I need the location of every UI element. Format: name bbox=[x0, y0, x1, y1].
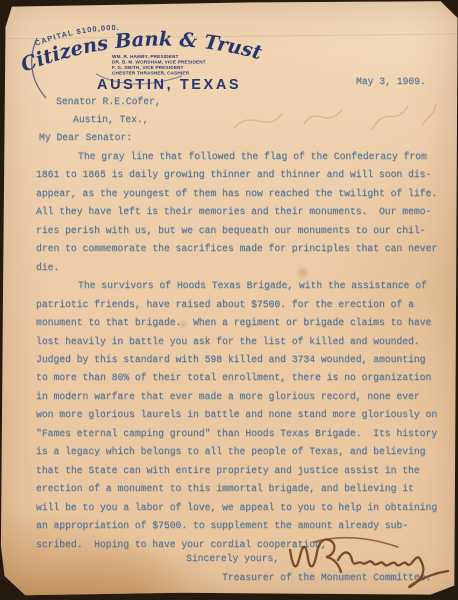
letter-paper: CAPITAL $100,000. Citizens Bank & Trust … bbox=[0, 0, 458, 600]
body-line: All they have left is their memories and… bbox=[36, 203, 442, 221]
body-line: die. bbox=[36, 259, 442, 277]
recipient-name: Senator R.E.Cofer, bbox=[56, 96, 161, 107]
letterhead: CAPITAL $100,000. Citizens Bank & Trust … bbox=[0, 6, 458, 110]
body-line: monument to that brigade. When a regimen… bbox=[36, 314, 442, 332]
body-line: patriotic friends, have raised about $75… bbox=[36, 296, 442, 314]
body-line: Judged by this standard with 598 killed … bbox=[36, 351, 442, 369]
body-line: in modern warfare that ever made a more … bbox=[36, 388, 442, 406]
letter-date: May 3, 1909. bbox=[356, 76, 426, 87]
body-line: 1861 to 1865 is daily growing thinner an… bbox=[36, 166, 442, 184]
officer-line: CHESTER THRASHER, CASHIER bbox=[112, 71, 206, 76]
body-line: lost heavily in battle you ask for the l… bbox=[36, 333, 442, 351]
body-line: is a legacy which belongs to all the peo… bbox=[36, 443, 442, 461]
body-line: will be to you a labor of love, we appea… bbox=[36, 499, 442, 517]
body-line: "Fames eternal camping ground" than Hood… bbox=[36, 425, 442, 443]
body-line: dren to commemorate the sacrifices made … bbox=[36, 240, 442, 258]
pencil-scribble bbox=[222, 98, 442, 150]
letterhead-officers: WM. R. HAMBY, PRESIDENTDR. B. M. WORSHAM… bbox=[112, 55, 206, 77]
body-line: appear, as the youngest of them has now … bbox=[36, 185, 442, 203]
body-line: The gray line that followed the flag of … bbox=[36, 148, 442, 166]
body-line: won more glorious laurels in battle and … bbox=[36, 406, 442, 424]
body-line: erection of a monument to this immortal … bbox=[36, 480, 442, 498]
handwritten-signature bbox=[280, 530, 455, 598]
body-line: to more than 80% of their total enrollme… bbox=[36, 369, 442, 387]
salutation: My Dear Senator: bbox=[39, 132, 132, 143]
body-line: ries perish with us, but we can bequeath… bbox=[36, 222, 442, 240]
letterhead-city: AUSTIN, TEXAS bbox=[97, 77, 241, 93]
recipient-city: Austin, Tex., bbox=[73, 114, 149, 125]
scanned-letter-photo: { "letterhead": { "capital": "CAPITAL $1… bbox=[0, 0, 458, 600]
valediction: Sincerely yours, bbox=[186, 553, 279, 564]
body-line: that the State can with entire propriety… bbox=[36, 462, 442, 480]
body-line: The survivors of Hoods Texas Brigade, wi… bbox=[36, 277, 442, 295]
letter-body: The gray line that followed the flag of … bbox=[36, 148, 442, 554]
